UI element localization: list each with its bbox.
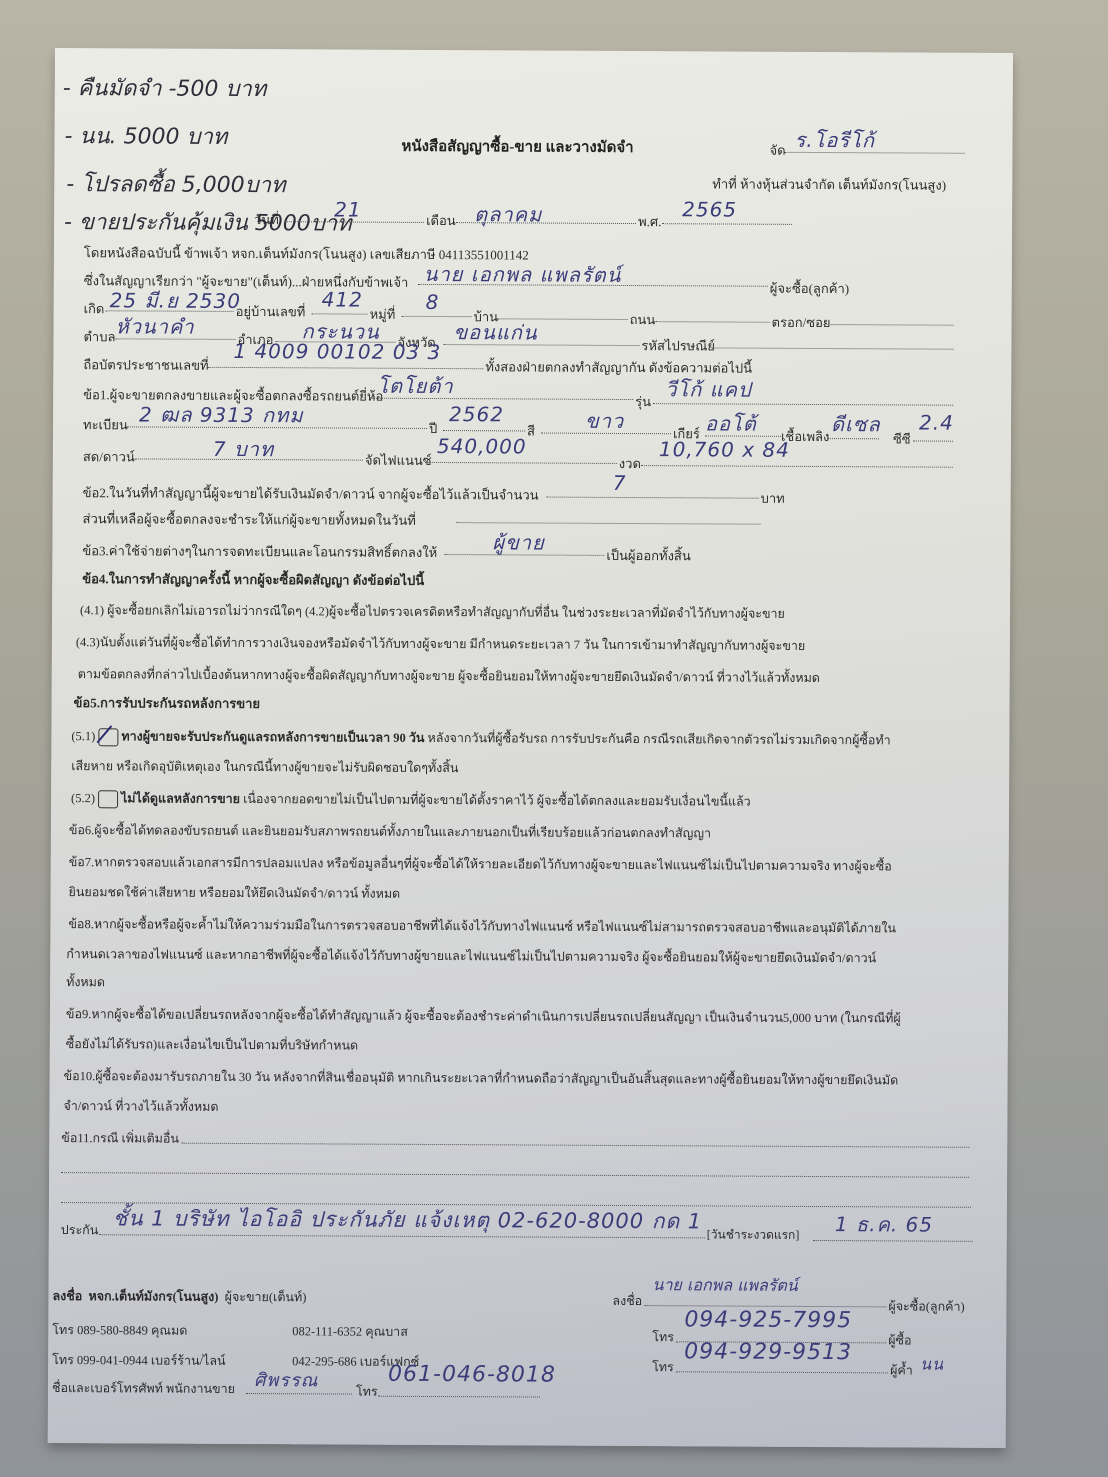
seller-sign: ลงชื่อ หจก.เต็นท์มังกร(โนนสูง) ผู้จะขาย(… bbox=[52, 1286, 306, 1307]
clause2-remaining: ส่วนที่เหลือผู้จะซื้อตกลงจะชำระให้แก่ผู้… bbox=[82, 508, 415, 531]
finance-value[interactable]: 540,000 bbox=[437, 434, 527, 458]
year-label: พ.ศ. bbox=[638, 211, 661, 232]
warranty-90-days-checkbox[interactable] bbox=[98, 728, 118, 746]
no-after-sale-service-checkbox[interactable] bbox=[98, 790, 118, 808]
clause9a: ข้อ9.หากผู้จะซื้อได้ขอเปลี่ยนรถหลังจากผู… bbox=[66, 1004, 901, 1028]
first-payment-value[interactable]: 1 ธ.ค. 65 bbox=[835, 1208, 933, 1241]
phone1-value: 089-580-8849 คุณมด bbox=[77, 1323, 187, 1338]
clause5-1: (5.1)ทางผู้ขายจะรับประกันดูแลรถหลังการขา… bbox=[71, 726, 890, 750]
clause3-label: ข้อ3.ค่าใช้จ่ายต่างๆในการจดทะเบียนและโอน… bbox=[82, 540, 437, 563]
tambon-label: ตำบล bbox=[83, 326, 115, 347]
house-no-label: อยู่บ้านเลขที่ bbox=[236, 301, 306, 322]
cc-label: ซีซี bbox=[893, 428, 911, 449]
finance-label: จัดไฟแนนซ์ bbox=[365, 450, 432, 471]
phone3: โทร 099-041-0944 เบอร์ร้าน/ไลน์ bbox=[52, 1350, 226, 1371]
seller-name: หจก.เต็นท์มังกร(โนนสูง) bbox=[88, 1289, 218, 1304]
note-line: - นน. 5000 บาท bbox=[64, 118, 227, 154]
clause11-label: ข้อ11.กรณี เพิ่มเติมอื่น bbox=[61, 1128, 179, 1149]
note-line: - โปรลดซื้อ 5,000บาท bbox=[66, 166, 285, 202]
province-value[interactable]: ขอนแก่น bbox=[453, 316, 537, 348]
seller-sign-label: ลงชื่อ bbox=[52, 1289, 82, 1303]
salesperson-name[interactable]: ศิพรรณ bbox=[254, 1365, 318, 1394]
guarantor-tel-label: โทร bbox=[652, 1357, 674, 1377]
year-value[interactable]: 2565 bbox=[682, 197, 737, 221]
phone3-value: 099-041-0944 เบอร์ร้าน/ไลน์ bbox=[77, 1353, 226, 1368]
insurance-label: ประกัน bbox=[61, 1220, 99, 1240]
clause10b: จำ/ดาวน์ ที่วางไว้แล้วทั้งหมด bbox=[63, 1096, 218, 1117]
clause2-suffix: บาท bbox=[761, 488, 785, 509]
buyer-name[interactable]: นาย เอกพล แพลรัตน์ bbox=[424, 258, 622, 291]
day-label: วันที่ bbox=[254, 209, 279, 230]
clause8a: ข้อ8.หากผู้จะซื้อหรือผู้จะค้ำไม่ให้ความร… bbox=[68, 914, 896, 938]
document-title: หนังสือสัญญาซื้อ-ขาย และวางมัดจำ bbox=[401, 134, 633, 159]
clause7a: ข้อ7.หากตรวจสอบแล้วเอกสารมีการปลอมแปลง ห… bbox=[69, 852, 892, 876]
buyer-role: ผู้จะซื้อ(ลูกค้า) bbox=[888, 1296, 964, 1316]
guarantor-tel[interactable]: 094-929-9513 bbox=[684, 1339, 852, 1365]
clause5-1-number: (5.1) bbox=[71, 729, 95, 743]
clause4-3a: (4.3)นับตั้งแต่วันที่ผู้จะซื้อได้ทำการวา… bbox=[76, 632, 805, 656]
salesperson-label: ชื่อและเบอร์โทรศัพท์ พนักงานขาย bbox=[52, 1378, 235, 1399]
gear-value[interactable]: ออโต้ bbox=[705, 407, 757, 439]
salesperson-tel[interactable]: 061-046-8018 bbox=[388, 1362, 556, 1388]
contract-paper: - คืนมัดจำ -500 บาท - นน. 5000 บาท - โปร… bbox=[48, 48, 1013, 1448]
clause7b: ยินยอมชดใช้ค่าเสียหาย หรือยอมให้ยึดเงินม… bbox=[69, 882, 401, 904]
guarantor-note: นน bbox=[920, 1353, 944, 1378]
first-payment-label: [วันชำระงวดแรก] bbox=[707, 1225, 800, 1244]
phone1: โทร 089-580-8849 คุณมด bbox=[52, 1320, 187, 1341]
clause2-label: ข้อ2.ในวันที่ทำสัญญานี้ผู้จะขายได้รับเงิ… bbox=[83, 482, 539, 505]
house-no-value[interactable]: 412 bbox=[322, 287, 363, 311]
buyer-tel[interactable]: 094-925-7995 bbox=[684, 1307, 852, 1333]
down-value[interactable]: 7 บาท bbox=[213, 433, 274, 465]
tambon-value[interactable]: หัวนาคำ bbox=[115, 310, 194, 342]
phone3-label: โทร bbox=[52, 1353, 74, 1367]
clause3-value[interactable]: ผู้ขาย bbox=[492, 526, 545, 558]
moo-value[interactable]: 8 bbox=[426, 290, 440, 314]
down-label: สด/ดาวน์ bbox=[83, 446, 135, 467]
month-label: เดือน bbox=[426, 210, 456, 231]
jad-value[interactable]: ร.โอรีโก้ bbox=[794, 124, 875, 156]
buyer-suffix: ผู้จะซื้อ(ลูกค้า) bbox=[770, 278, 849, 299]
buyer-tel-role: ผู้ซื้อ bbox=[888, 1330, 911, 1350]
clause5-2: (5.2)ไม่ได้ดูแลหลังการขาย เนื่องจากยอดขา… bbox=[71, 788, 751, 812]
model-label: รุ่น bbox=[635, 391, 651, 412]
cc-value[interactable]: 2.4 bbox=[919, 411, 954, 435]
day-value[interactable]: 21 bbox=[334, 197, 362, 221]
clause2-value[interactable]: 7 bbox=[613, 471, 627, 495]
model-value[interactable]: วีโก้ แคป bbox=[665, 373, 752, 405]
clause5-title: ข้อ5.การรับประกันรถหลังการขาย bbox=[74, 692, 261, 714]
clause5-2-rest: เนื่องจากยอดขายไม่เป็นไปตามที่ผู้จะขายได… bbox=[240, 792, 751, 809]
clause5-1-line2: เสียหาย หรือเกิดอุบัติเหตุเอง ในกรณีนี้ท… bbox=[71, 756, 458, 778]
note-line: - คืนมัดจำ -500 บาท bbox=[63, 70, 267, 106]
brand-value[interactable]: โตโยต้า bbox=[377, 370, 454, 402]
clause5-1-rest: หลังจากวันที่ผู้ซื้อรับรถ การรับประกันคื… bbox=[424, 731, 890, 747]
id-label: ถือบัตรประชาชนเลขที่ bbox=[83, 354, 208, 376]
phone2: 082-111-6352 คุณบาส bbox=[292, 1321, 408, 1342]
clause5-2-bold: ไม่ได้ดูแลหลังการขาย bbox=[121, 791, 240, 806]
reg-value[interactable]: 2 ฒล 9313 กทม bbox=[139, 398, 304, 431]
soi-label: ตรอก/ซอย bbox=[772, 312, 831, 333]
road-label: ถนน bbox=[630, 309, 656, 330]
clause5-1-bold: ทางผู้ขายจะรับประกันดูแลรถหลังการขายเป็น… bbox=[121, 729, 424, 745]
phone1-label: โทร bbox=[52, 1323, 74, 1337]
insurance-value[interactable]: ชั้น 1 บริษัท ไอโออิ ประกันภัย แจ้งเหตุ … bbox=[113, 1202, 702, 1238]
clause8c: ทั้งหมด bbox=[66, 972, 105, 992]
fuel-value[interactable]: ดีเซล bbox=[831, 408, 881, 440]
id-value[interactable]: 1 4009 00102 03 3 bbox=[233, 339, 441, 364]
clause4-3b: ตามข้อตกลงที่กล่าวไปเบื้องต้นหากทางผู้จะ… bbox=[78, 664, 820, 688]
buyer-signature[interactable]: นาย เอกพล แพลรัตน์ bbox=[652, 1273, 797, 1299]
clause4-title: ข้อ4.ในการทำสัญญาครั้งนี้ หากผู้จะซื้อผิ… bbox=[82, 568, 424, 591]
clause5-2-number: (5.2) bbox=[71, 791, 95, 805]
postcode-label: รหัสไปรษณีย์ bbox=[641, 335, 715, 356]
clause10a: ข้อ10.ผู้ซื้อจะต้องมารับรถภายใน 30 วัน ห… bbox=[64, 1066, 899, 1090]
color-value[interactable]: ขาว bbox=[585, 405, 624, 437]
clause3-suffix: เป็นผู้ออกทั้งสิ้น bbox=[606, 545, 691, 566]
clause6: ข้อ6.ผู้จะซื้อได้ทดลองขับรถยนต์ และยินยอ… bbox=[69, 820, 711, 843]
clause4-1: (4.1) ผู้จะซื้อยกเลิกไม่เอารถไม่ว่ากรณีใ… bbox=[80, 600, 785, 624]
born-label: เกิด bbox=[84, 298, 105, 319]
clause9b: ซื้อยังไม่ได้รับรถ)และเงื่อนไขเป็นไปตามท… bbox=[66, 1034, 358, 1056]
salesperson-tel-label: โทร bbox=[356, 1382, 378, 1402]
buyer-tel-label: โทร bbox=[652, 1327, 674, 1347]
installment-value[interactable]: 10,760 x 84 bbox=[659, 437, 790, 462]
color-label: สี bbox=[527, 420, 535, 441]
buyer-sign-label: ลงชื่อ bbox=[612, 1291, 642, 1311]
year-value[interactable]: 2562 bbox=[449, 402, 504, 426]
made-at: ทำที่ ห้างหุ้นส่วนจำกัด เต็นท์มังกร(โนนส… bbox=[712, 173, 946, 195]
month-value[interactable]: ตุลาคม bbox=[474, 198, 542, 230]
guarantor-role: ผู้ค้ำ bbox=[890, 1360, 913, 1380]
seller-role: ผู้จะขาย(เต็นท์) bbox=[225, 1290, 307, 1304]
jad-label: จัด bbox=[769, 140, 785, 161]
reg-label: ทะเบียน bbox=[83, 414, 128, 435]
clause8b: กำหนดเวลาของไฟแนนซ์ และหากอาชีพที่ผู้จะซ… bbox=[66, 944, 876, 968]
